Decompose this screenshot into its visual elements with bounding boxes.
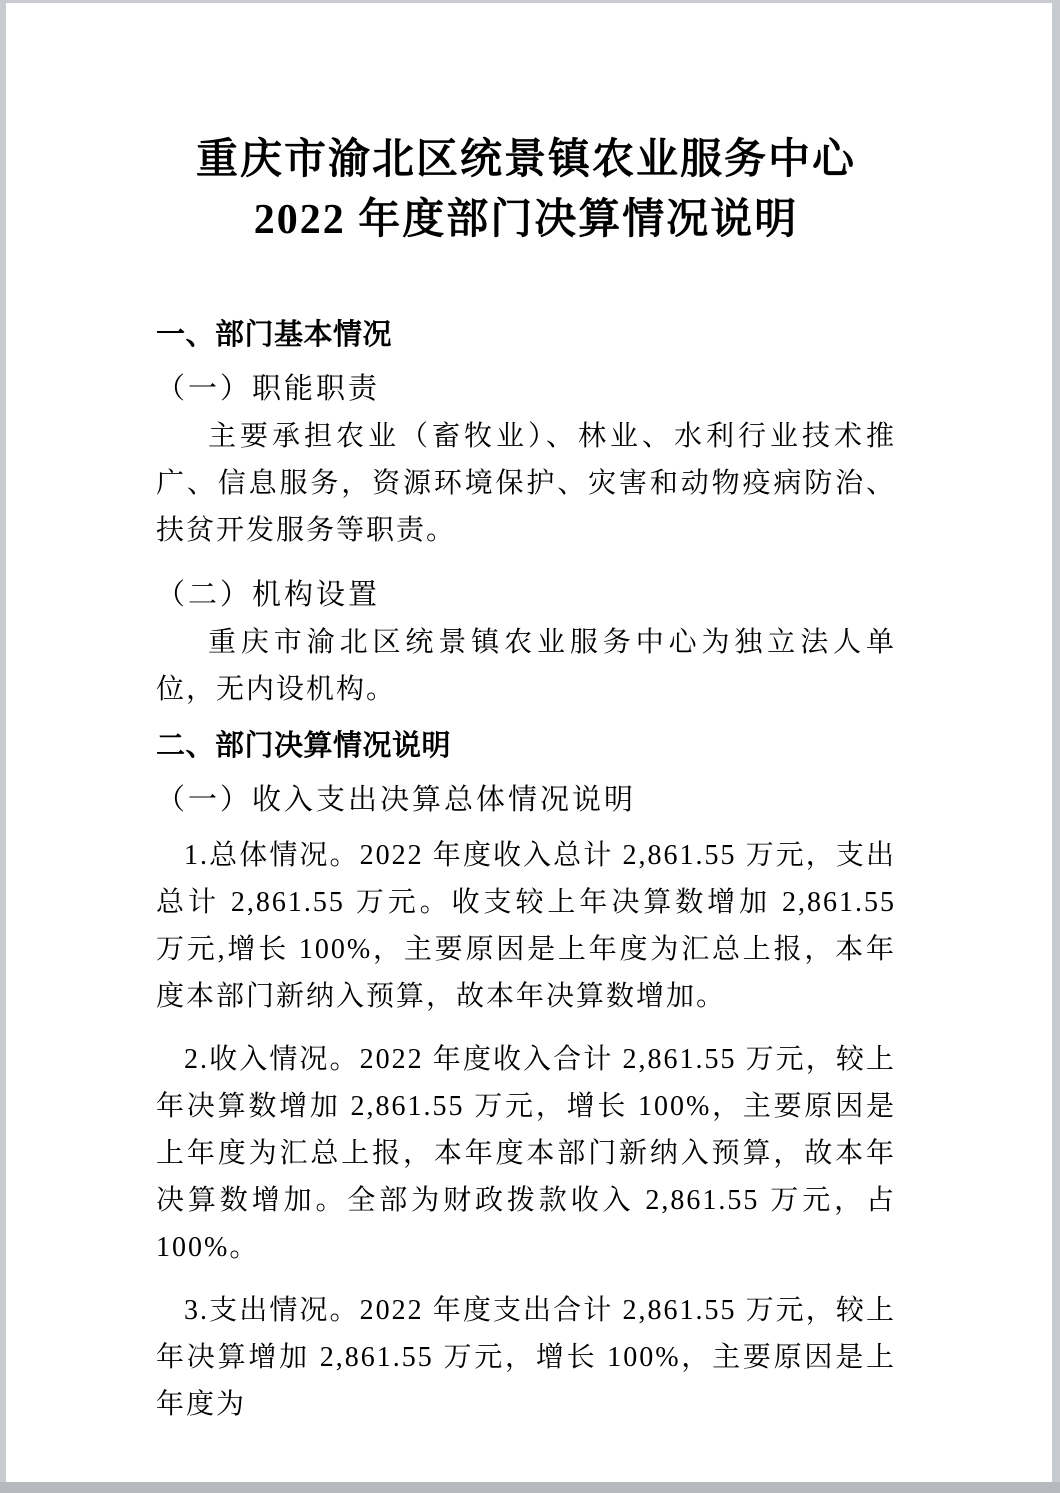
paragraph-overall: 1.总体情况。2022 年度收入总计 2,861.55 万元，支出总计 2,86…: [156, 832, 896, 1020]
page-title: 重庆市渝北区统景镇农业服务中心 2022 年度部门决算情况说明: [156, 130, 896, 250]
paragraph-expenditure: 3.支出情况。2022 年度支出合计 2,861.55 万元，较上年决算增加 2…: [156, 1287, 896, 1428]
page-title-line2: 2022 年度部门决算情况说明: [254, 197, 799, 243]
document-page: 重庆市渝北区统景镇农业服务中心 2022 年度部门决算情况说明 一、部门基本情况…: [6, 3, 1052, 1482]
subsection-heading-structure: （二）机构设置: [156, 572, 896, 619]
document-viewport: 重庆市渝北区统景镇农业服务中心 2022 年度部门决算情况说明 一、部门基本情况…: [0, 0, 1060, 1493]
subsection-heading-duties: （一）职能职责: [156, 366, 896, 413]
page-bottom-shadow: [0, 1482, 1060, 1493]
section-heading-1: 一、部门基本情况: [156, 312, 896, 358]
paragraph-income: 2.收入情况。2022 年度收入合计 2,861.55 万元，较上年决算数增加 …: [156, 1036, 896, 1271]
subsection-heading-overview: （一）收入支出决算总体情况说明: [156, 777, 896, 824]
paragraph-structure: 重庆市渝北区统景镇农业服务中心为独立法人单位，无内设机构。: [156, 619, 896, 713]
page-title-line1: 重庆市渝北区统景镇农业服务中心: [196, 137, 856, 183]
section-heading-2: 二、部门决算情况说明: [156, 723, 896, 769]
paragraph-duties: 主要承担农业（畜牧业）、林业、水利行业技术推广、信息服务，资源环境保护、灾害和动…: [156, 413, 896, 554]
